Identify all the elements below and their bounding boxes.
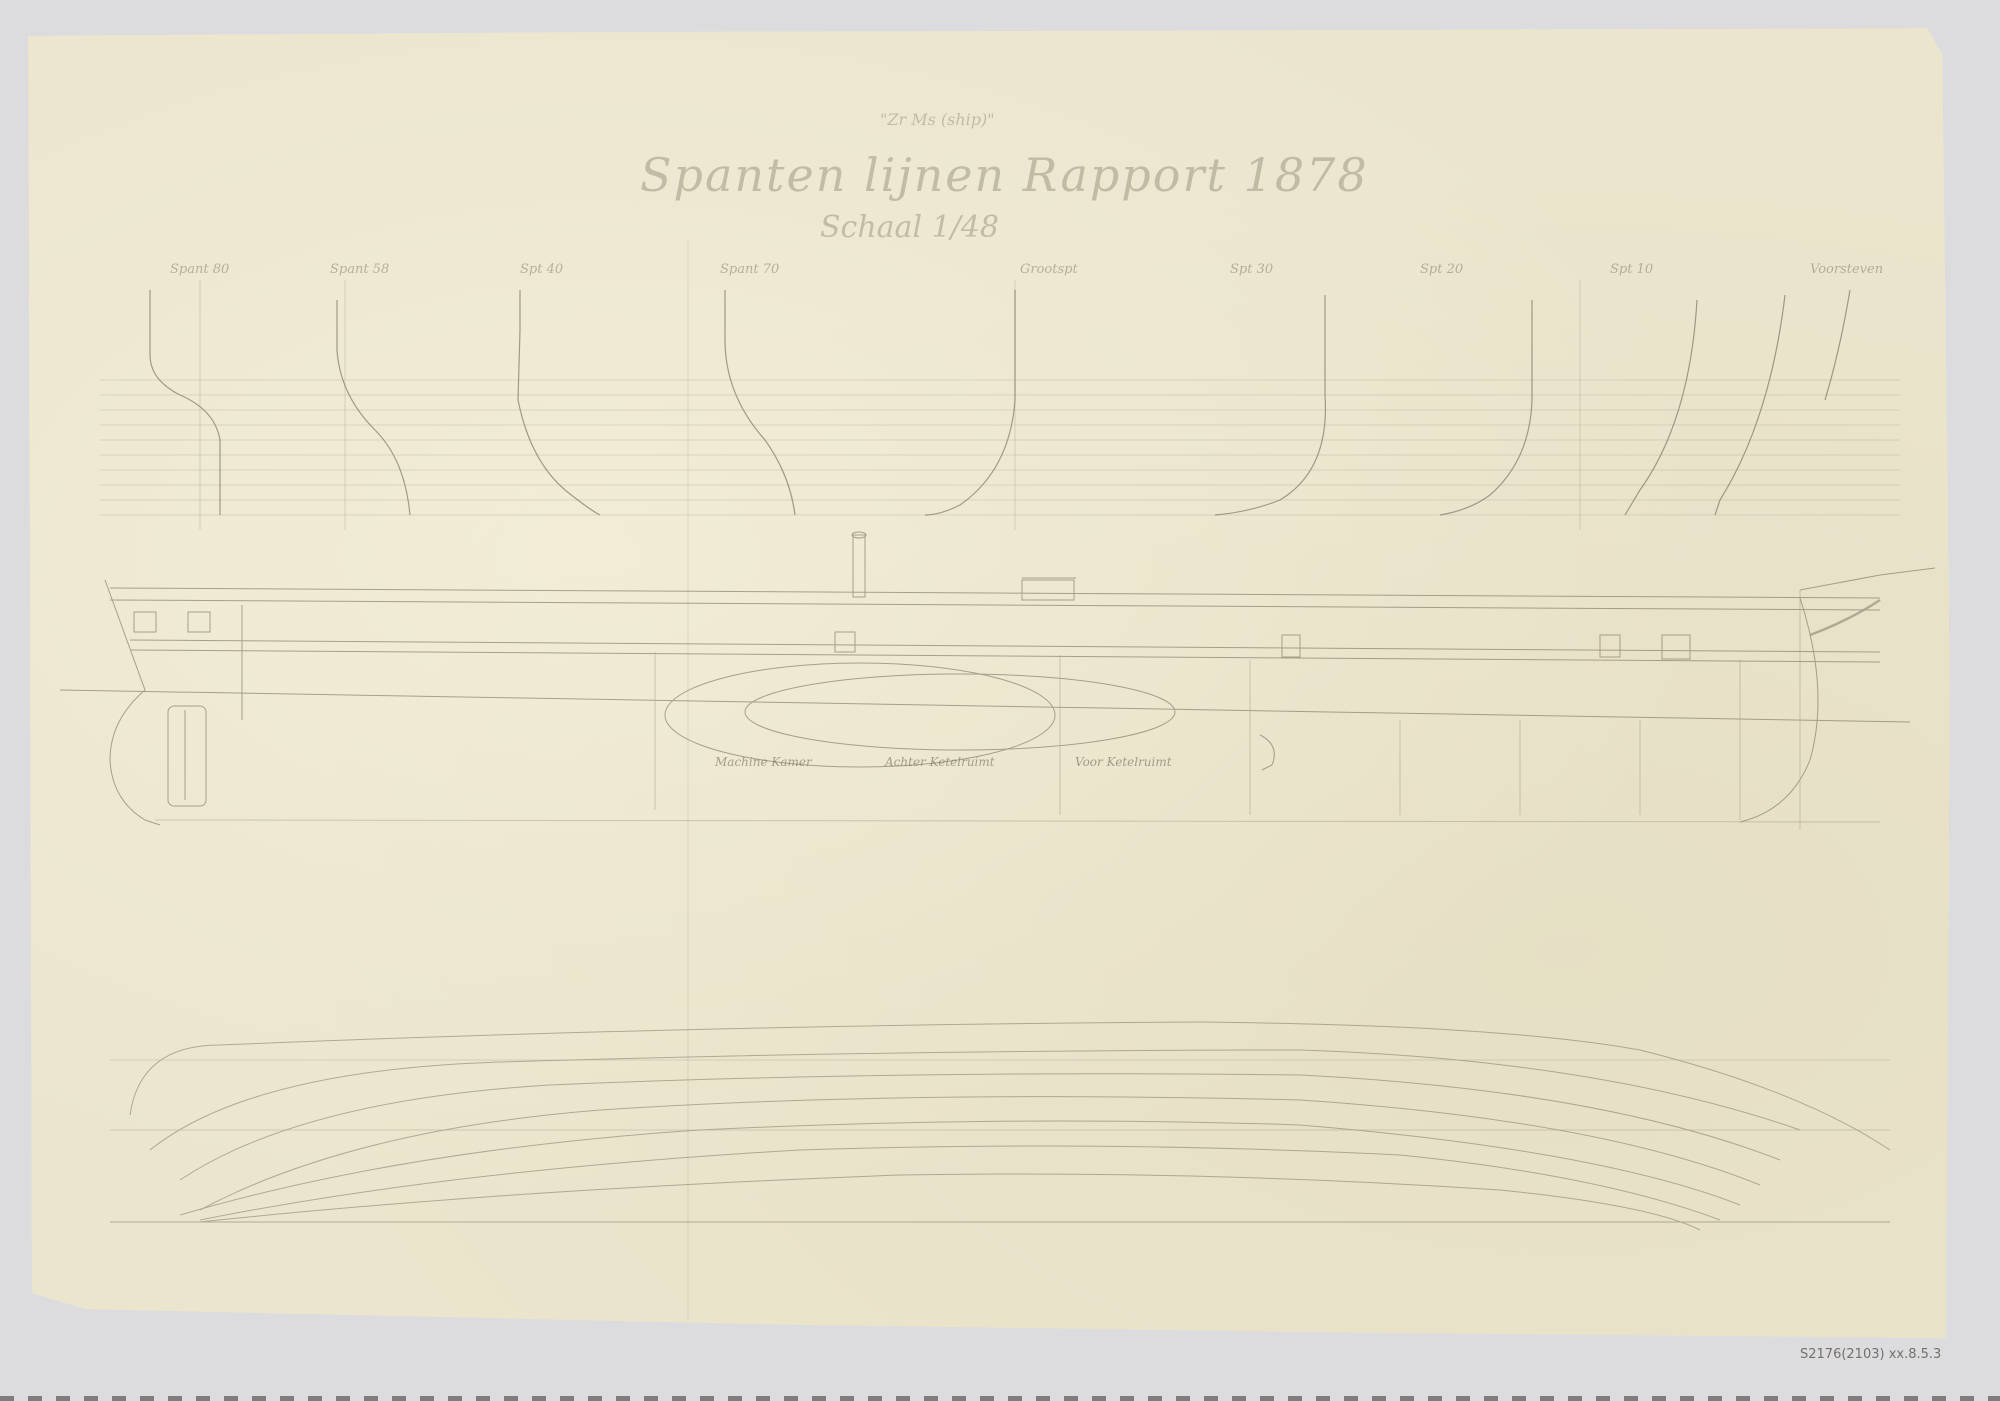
drawing-scale: Schaal 1/48 — [820, 210, 999, 245]
body-plan-grid — [100, 240, 1900, 1320]
body-plan-sections — [150, 290, 1850, 515]
station-label: Voorsteven — [1810, 262, 1883, 277]
half-breadth-plan — [110, 1022, 1890, 1230]
station-label: Spt 10 — [1610, 262, 1653, 277]
compartment-label-engine-room: Machine Kamer — [715, 755, 812, 769]
station-label: Grootspt — [1020, 262, 1078, 277]
compartment-label-fore-boiler-room: Voor Ketelruimt — [1075, 755, 1172, 769]
compartment-label-aft-boiler-room: Achter Ketelruimt — [885, 755, 995, 769]
station-label: Spant 70 — [720, 262, 779, 277]
drawing-title: Spanten lijnen Rapport 1878 — [640, 148, 1369, 202]
scale-ruler — [0, 1396, 2000, 1401]
catalog-mark: S2176(2103) xx.8.5.3 — [1800, 1347, 1941, 1362]
sheer-plan — [60, 532, 1935, 830]
station-label: Spant 80 — [170, 262, 229, 277]
station-label: Spant 58 — [330, 262, 389, 277]
ship-lines-drawing — [0, 0, 2000, 1401]
station-label: Spt 40 — [520, 262, 563, 277]
station-label: Spt 30 — [1230, 262, 1273, 277]
drawing-subtitle: "Zr Ms (ship)" — [880, 110, 995, 129]
station-label: Spt 20 — [1420, 262, 1463, 277]
